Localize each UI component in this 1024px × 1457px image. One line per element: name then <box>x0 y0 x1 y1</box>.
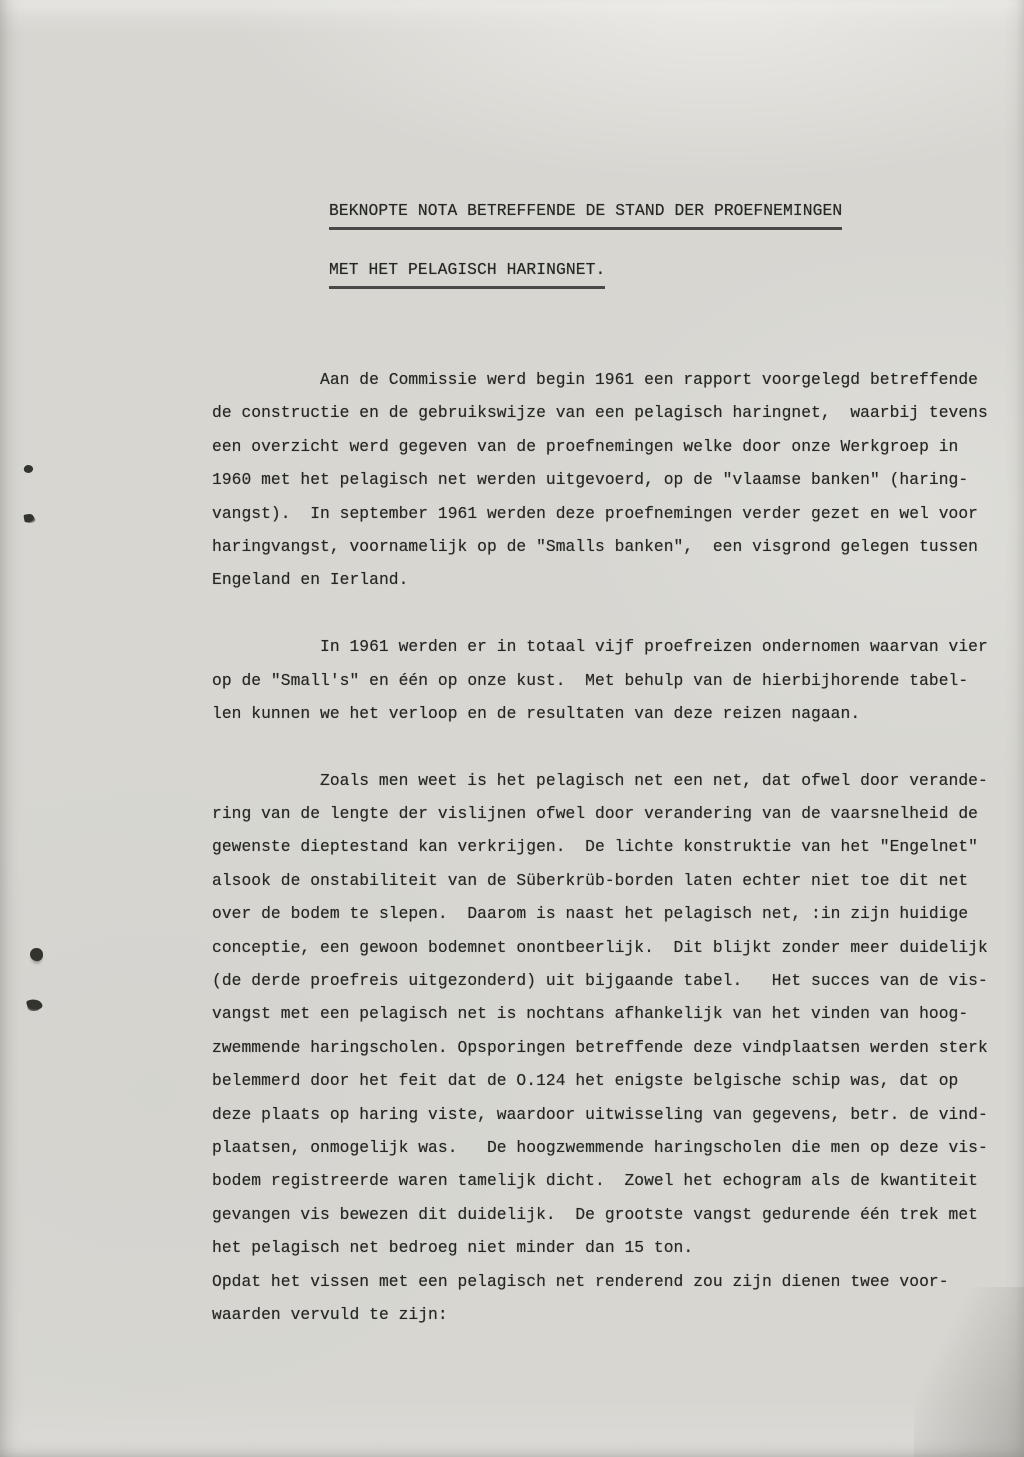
paragraph-2: In 1961 werden er in totaal vijf proefre… <box>212 630 1008 730</box>
scanned-document-page: BEKNOPTE NOTA BETREFFENDE DE STAND DER P… <box>0 0 1024 1457</box>
body-line: ring van de lengte der vislijnen ofwel d… <box>212 797 1008 830</box>
body-line: vangst met een pelagisch net is nochtans… <box>212 997 1008 1030</box>
body-line: plaatsen, onmogelijk was. De hoogzwemmen… <box>212 1131 1008 1164</box>
body-line: Opdat het vissen met een pelagisch net r… <box>212 1265 1008 1298</box>
paragraph-4: Opdat het vissen met een pelagisch net r… <box>212 1265 1008 1332</box>
body-line: len kunnen we het verloop en de resultat… <box>212 697 1008 730</box>
body-line: vangst). In september 1961 werden deze p… <box>212 497 1008 530</box>
body-line: 1960 met het pelagisch net werden uitgev… <box>212 463 1008 496</box>
body-line: Zoals men weet is het pelagisch net een … <box>212 764 1008 797</box>
body-line: In 1961 werden er in totaal vijf proefre… <box>212 630 1008 663</box>
body-line: het pelagisch net bedroeg niet minder da… <box>212 1231 1008 1264</box>
document-title-line-2: MET HET PELAGISCH HARINGNET. <box>329 260 605 289</box>
document-title-line-1: BEKNOPTE NOTA BETREFFENDE DE STAND DER P… <box>329 201 842 230</box>
body-line: belemmerd door het feit dat de O.124 het… <box>212 1064 1008 1097</box>
body-line: over de bodem te slepen. Daarom is naast… <box>212 897 1008 930</box>
paragraph-3: Zoals men weet is het pelagisch net een … <box>212 764 1008 1265</box>
body-line: conceptie, een gewoon bodemnet onontbeer… <box>212 931 1008 964</box>
body-line: alsook de onstabiliteit van de Süberkrüb… <box>212 864 1008 897</box>
body-line: Engeland en Ierland. <box>212 563 1008 596</box>
body-line: bodem registreerde waren tamelijk dicht.… <box>212 1164 1008 1197</box>
body-line: gevangen vis bewezen dit duidelijk. De g… <box>212 1198 1008 1231</box>
body-line: (de derde proefreis uitgezonderd) uit bi… <box>212 964 1008 997</box>
body-line: Aan de Commissie werd begin 1961 een rap… <box>212 363 1008 396</box>
ink-speck <box>30 948 43 961</box>
paragraph-1: Aan de Commissie werd begin 1961 een rap… <box>212 363 1008 597</box>
ink-speck <box>23 464 34 474</box>
body-line: zwemmende haringscholen. Opsporingen bet… <box>212 1031 1008 1064</box>
body-line: deze plaats op haring viste, waardoor ui… <box>212 1098 1008 1131</box>
body-line: een overzicht werd gegeven van de proefn… <box>212 430 1008 463</box>
body-line: de constructie en de gebruikswijze van e… <box>212 396 1008 429</box>
body-line: haringvangst, voornamelijk op de "Smalls… <box>212 530 1008 563</box>
body-line: op de "Small's" en één op onze kust. Met… <box>212 664 1008 697</box>
document-body: Aan de Commissie werd begin 1961 een rap… <box>212 363 1008 1331</box>
body-line: gewenste dieptestand kan verkrijgen. De … <box>212 830 1008 863</box>
ink-speck <box>26 997 43 1011</box>
body-line: waarden vervuld te zijn: <box>212 1298 1008 1331</box>
ink-speck <box>23 513 34 523</box>
